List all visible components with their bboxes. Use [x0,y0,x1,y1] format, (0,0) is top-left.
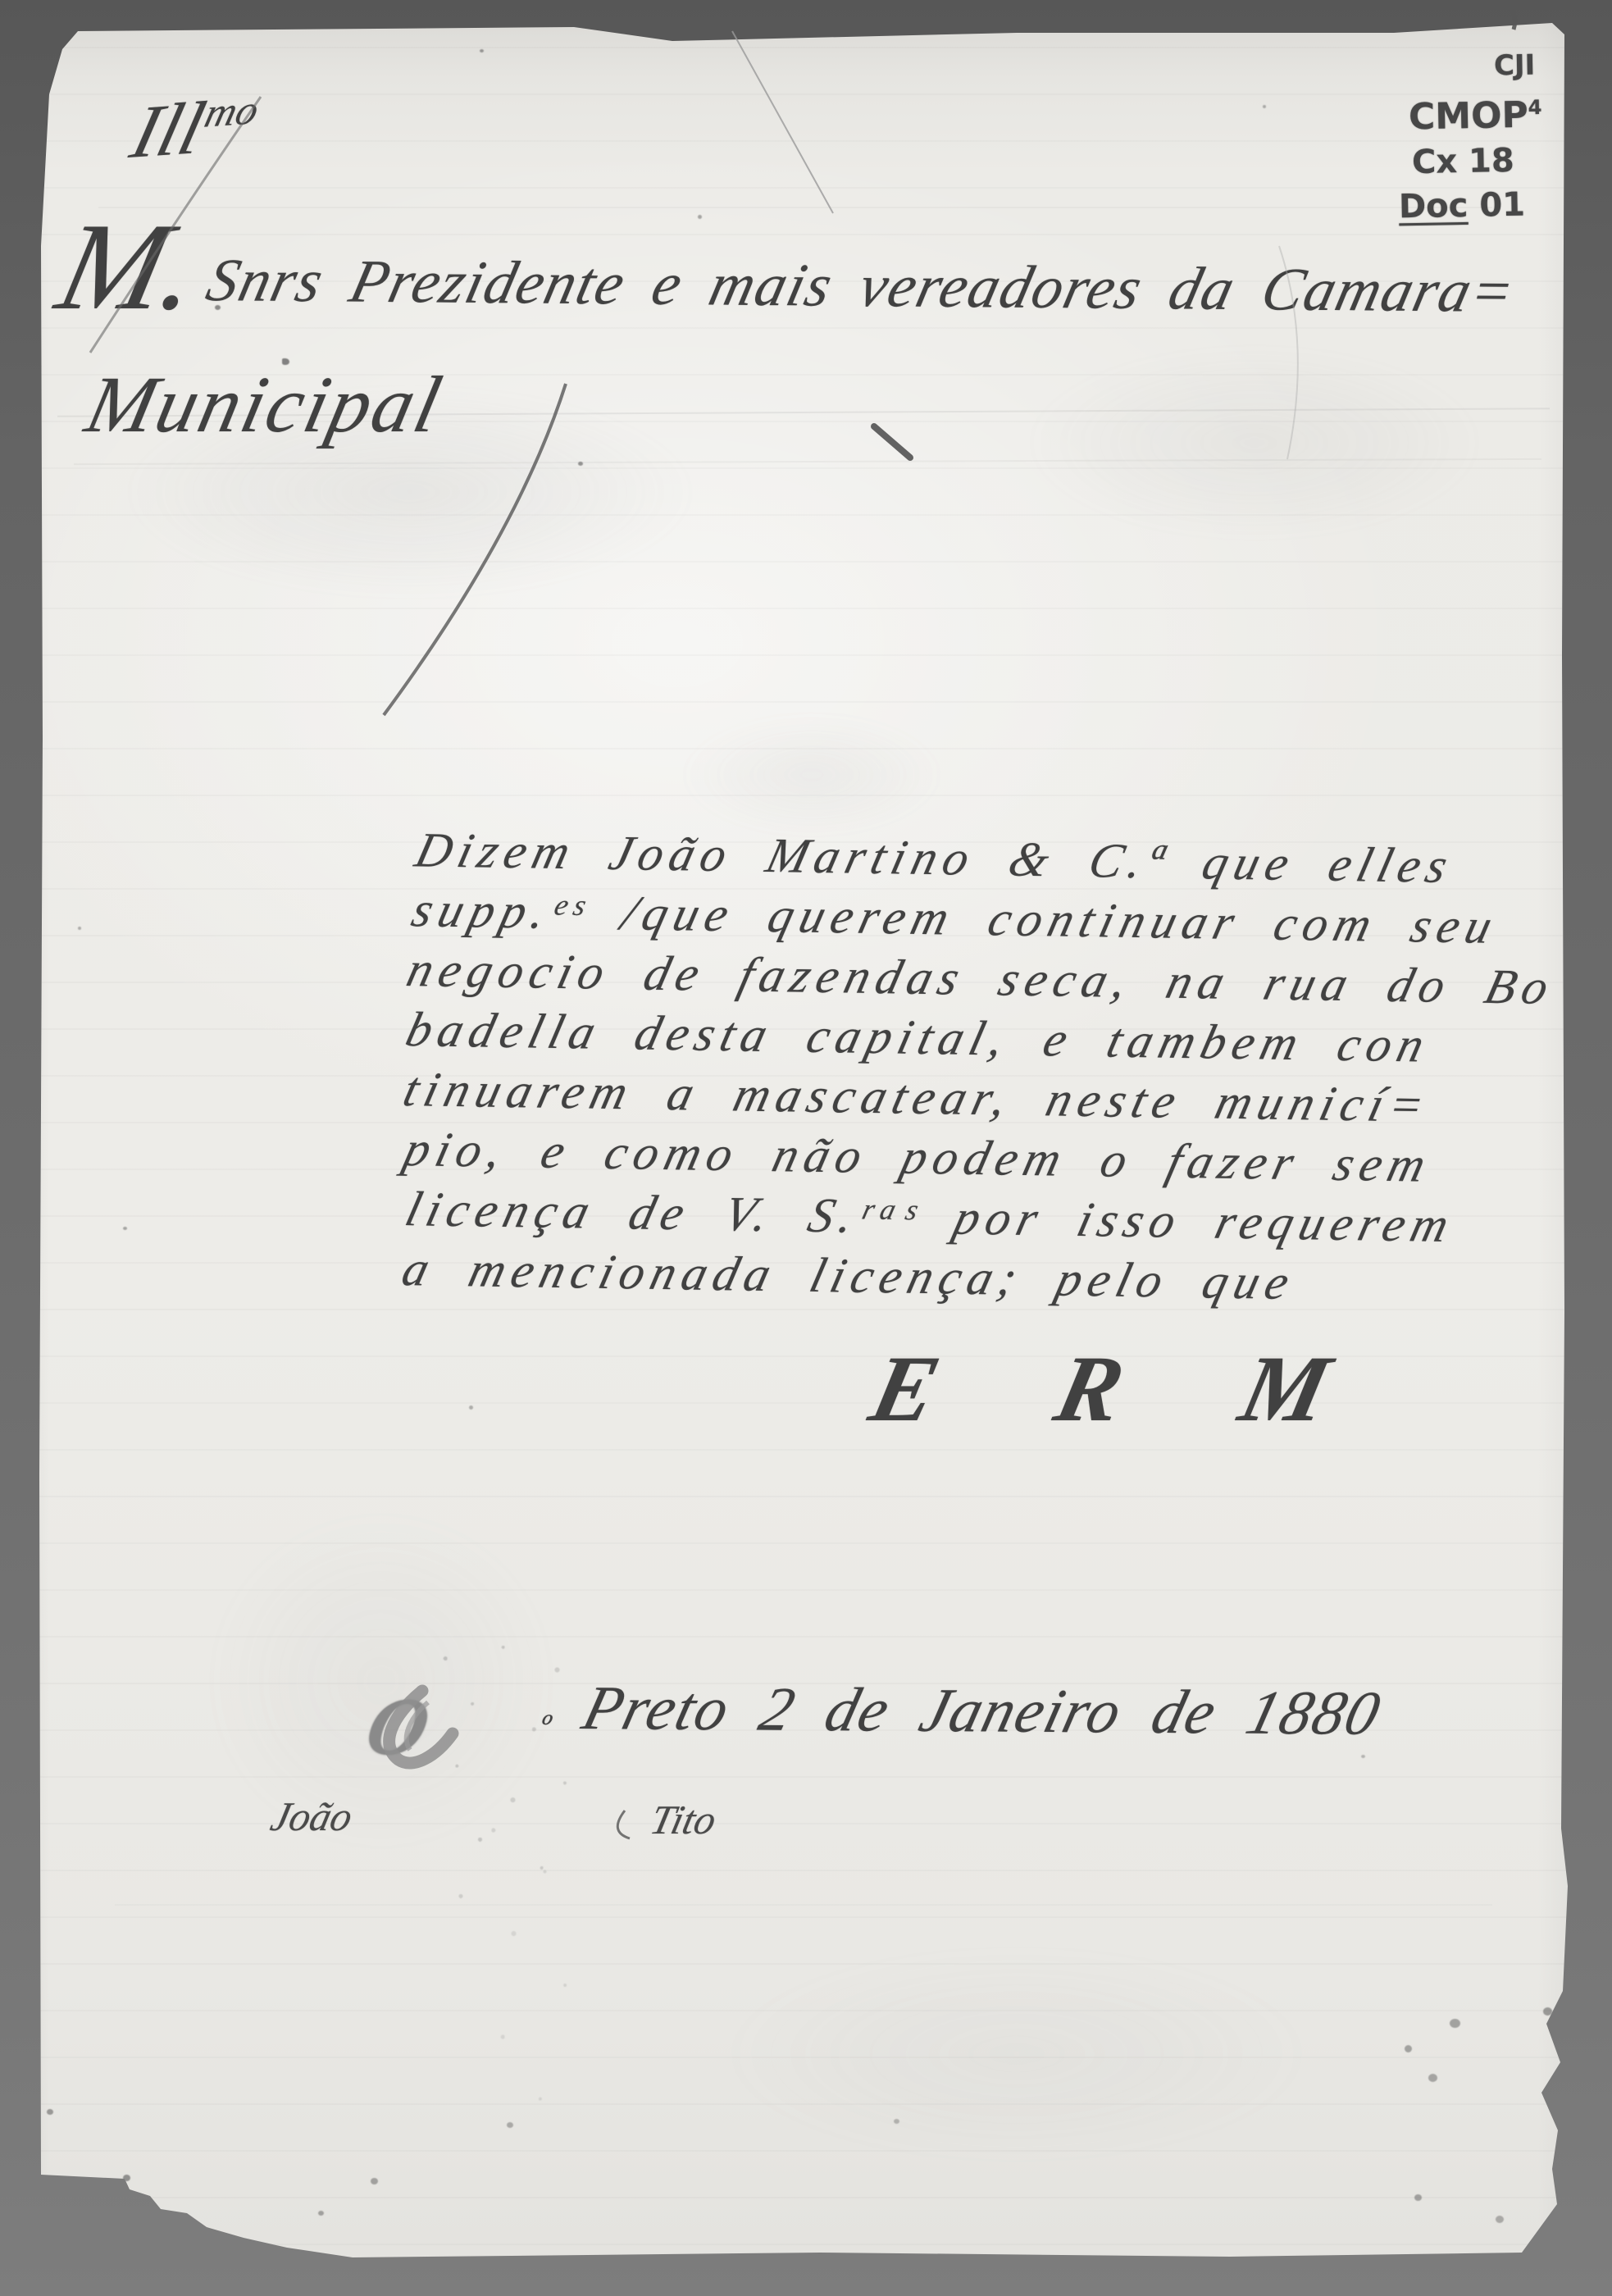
stain [1025,344,1484,541]
speck [318,2211,324,2216]
speck [1543,2007,1552,2016]
signature-left: João [266,1793,357,1840]
salutation-line2: Municipal [78,359,452,451]
archival-box: Cx 18 [1412,142,1515,181]
archival-doc-label: Doc [1399,187,1469,225]
speck [469,1405,473,1410]
speck [1405,2045,1412,2052]
archival-code: CJI [1494,49,1536,83]
salutation-line1: Snrs Prezidente e mais vereadores da Cam… [200,246,1523,327]
speck [480,49,484,52]
crease-line [115,1904,1492,1906]
speck [1263,105,1266,108]
top-edge-pen-hook [1505,0,1515,30]
archival-fonds-label: CMOP [1409,94,1529,139]
speck [1414,2194,1422,2201]
speck [894,2119,899,2124]
speck [578,462,583,466]
speck [1450,2019,1460,2028]
petition-body: Dizem João Martino & C.ª que elles supp.… [396,822,1549,1319]
scanned-document-page: { "document": { "archival_annotations": … [0,0,1612,2296]
closing-formula: E R M [861,1335,1389,1443]
speck [78,927,81,930]
speck [371,2178,378,2184]
speck [507,2122,513,2128]
speck [1428,2074,1437,2082]
salutation-honorific: Illmo [123,80,265,175]
stain [722,1943,1312,2165]
speck [123,1227,127,1230]
archival-fonds: CMOP4 [1409,94,1542,139]
speck [1496,2216,1504,2223]
speck [47,2109,53,2115]
crease-line [98,207,1492,208]
speck [123,2175,130,2181]
stain [681,713,943,836]
eraser-smudge [459,1796,615,2140]
dateline-text: Preto 2 de Janeiro de 1880 [576,1673,1388,1750]
archival-doc-num: 01 [1479,186,1525,225]
speck [698,215,702,219]
archival-fonds-number: 4 [1528,96,1541,119]
paper-sheet: CJI CMOP4 Cx 18 Doc 01 Illmo M. Snrs Pre… [0,0,1612,2296]
archival-doc-number: Doc 01 [1399,186,1526,226]
signature-right: Tito [646,1796,721,1843]
speck [1361,1755,1365,1758]
